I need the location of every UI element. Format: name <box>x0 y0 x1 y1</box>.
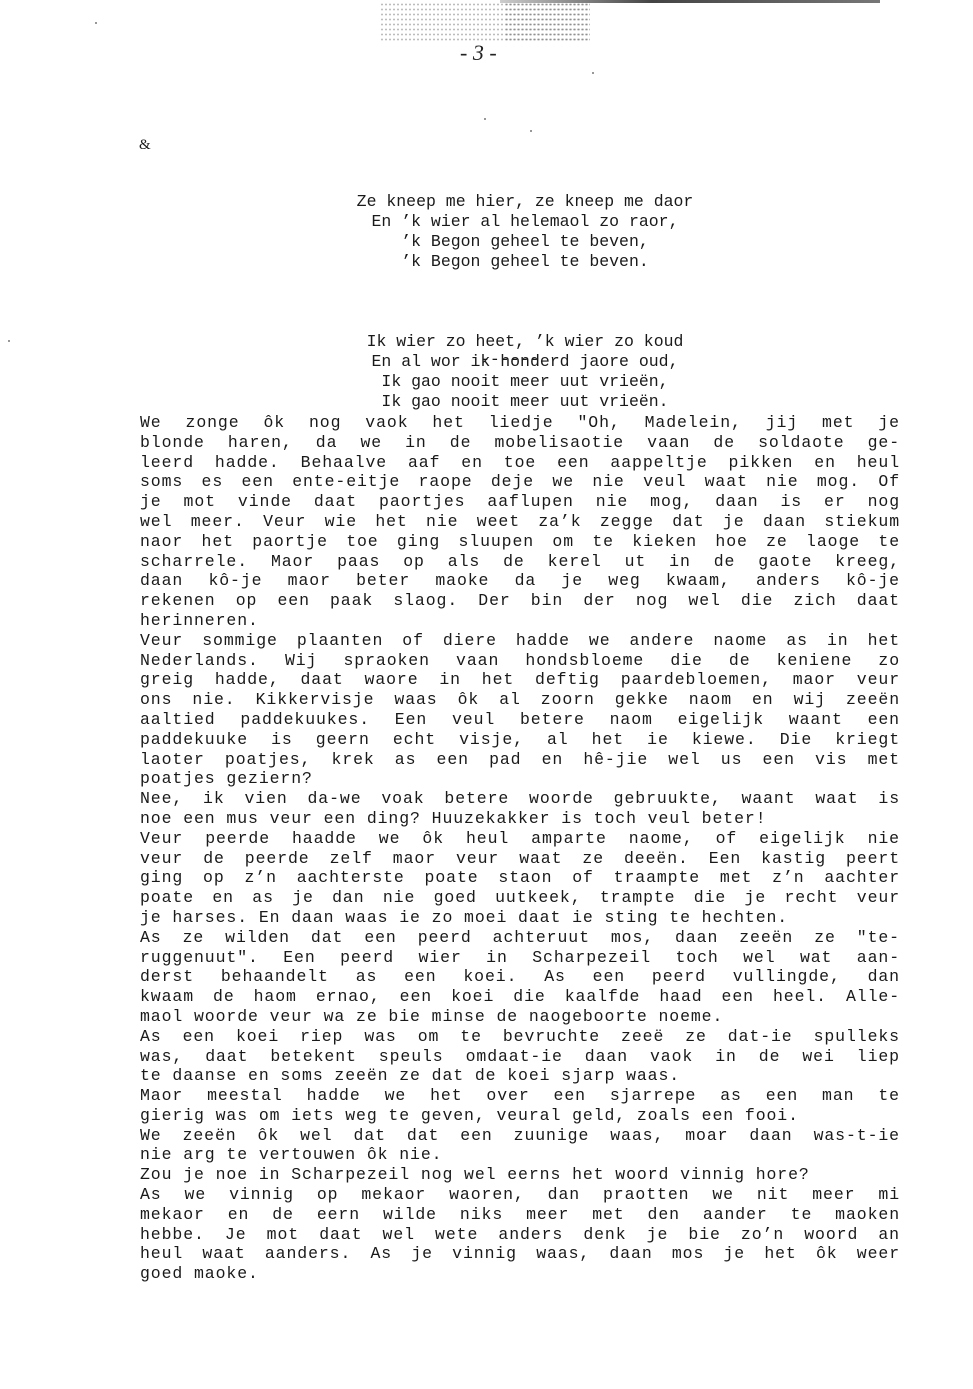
text-line: blonde haren, da we in de mobelisaotie v… <box>140 433 900 453</box>
text-line: derst behaandelt as een koei. As een pee… <box>140 967 900 987</box>
text-line: was, daat betekent speuls omdaat-ie daan… <box>140 1047 900 1067</box>
text-line: ons nie. Kikkervisje waas ôk al zoorn ge… <box>140 690 900 710</box>
text-line: goed maoke. <box>140 1264 900 1284</box>
poem-line: En ’k wier al helemaol zo raor, <box>260 212 790 232</box>
text-line: laoter poatjes, krek as een pad en hê-ji… <box>140 750 900 770</box>
margin-mark: & <box>139 137 151 154</box>
poem-stanza: Ik wier zo heet, ’k wier zo koudEn al wo… <box>260 332 790 412</box>
scan-speck <box>484 118 486 120</box>
text-line: je harses. En daan waas ie zo moei daat … <box>140 908 900 928</box>
text-line: ruggenuut". Een peerd wier in Scharpezei… <box>140 948 900 968</box>
text-line: herinneren. <box>140 611 900 631</box>
text-line: maol woorde veur wa ze bie minse de naog… <box>140 1007 900 1027</box>
text-line: Zou je noe in Scharpezeil nog wel eerns … <box>140 1165 900 1185</box>
text-line: heul waat aanders. As je vinnig waas, da… <box>140 1244 900 1264</box>
text-line: Veur peerde haadde we ôk heul amparte na… <box>140 829 900 849</box>
poem-line: Ik gao nooit meer uut vrieën. <box>260 392 790 412</box>
text-line: hebbe. Je mot daat wel wete anders denk … <box>140 1225 900 1245</box>
text-line: paddekuuke is geern echt visje, al het i… <box>140 730 900 750</box>
text-line: rekenen op een paak slaog. Der bin der n… <box>140 591 900 611</box>
section-divider: ------ <box>480 350 539 369</box>
poem-line: ’k Begon geheel te beven, <box>260 232 790 252</box>
text-line: As we vinnig op mekaor waoren, dan praot… <box>140 1185 900 1205</box>
text-line: te daanse en soms zeeën ze dat de koei s… <box>140 1066 900 1086</box>
text-line: We zonge ôk nog vaok het liedje "Oh, Mad… <box>140 413 900 433</box>
text-line: je mot vinde daat paortjes aaflupen nie … <box>140 492 900 512</box>
scan-speck <box>95 22 97 24</box>
text-line: aaltied paddekuukes. Een veul betere nao… <box>140 710 900 730</box>
text-line: kwaam de haom ernao, een koei die kaalfd… <box>140 987 900 1007</box>
text-line: nie arg te vertouwen ôk nie. <box>140 1145 900 1165</box>
text-line: gierig was om iets weg te geven, veural … <box>140 1106 900 1126</box>
scan-artifact <box>505 2 590 42</box>
text-line: ging op z’n aachterste poate staon of tr… <box>140 868 900 888</box>
text-line: Nee, ik vien da-we voak betere woorde ge… <box>140 789 900 809</box>
text-line: We zeeën ôk wel dat dat een zuunige waas… <box>140 1126 900 1146</box>
text-line: As een koei riep was om te bevruchte zee… <box>140 1027 900 1047</box>
text-line: mekaor en de eern wilde niks meer met de… <box>140 1205 900 1225</box>
poem-line: Ze kneep me hier, ze kneep me daor <box>260 192 790 212</box>
text-line: greig hadde, daat waore in het deftig pa… <box>140 670 900 690</box>
text-line: poate en as je dan nie goed uutkeek, tra… <box>140 888 900 908</box>
text-line: As ze wilden dat een peerd achteruut mos… <box>140 928 900 948</box>
text-line: poatjes geziern? <box>140 769 900 789</box>
scan-speck <box>592 72 594 74</box>
text-line: naor het paortje toe ging sluupen om te … <box>140 532 900 552</box>
poem-line: ’k Begon geheel te beven. <box>260 252 790 272</box>
text-line: Maor meestal hadde we het over een sjarr… <box>140 1086 900 1106</box>
text-line: Veur sommige plaanten of diere hadde we … <box>140 631 900 651</box>
body-text: We zonge ôk nog vaok het liedje "Oh, Mad… <box>140 413 900 1284</box>
scan-speck <box>8 340 10 342</box>
page-number: - 3 - <box>460 40 497 66</box>
text-line: Nederlands. Wij spraoken vaan hondsbloem… <box>140 651 900 671</box>
text-line: noe een mus veur een ding? Huuzekakker i… <box>140 809 900 829</box>
document-page: - 3 - & Ze kneep me hier, ze kneep me da… <box>0 0 973 1389</box>
text-line: daan kô-je maor beter maoke da je weg kw… <box>140 571 900 591</box>
poem-stanza: Ze kneep me hier, ze kneep me daorEn ’k … <box>260 192 790 272</box>
poem-line: Ik wier zo heet, ’k wier zo koud <box>260 332 790 352</box>
text-line: veur de peerde zelf maor veur waat ze de… <box>140 849 900 869</box>
text-line: soms es een ente-eitje raope deje we nie… <box>140 472 900 492</box>
text-line: wel meer. Veur wie het nie weet za’k zeg… <box>140 512 900 532</box>
poem-line: Ik gao nooit meer uut vrieën, <box>260 372 790 392</box>
scan-speck <box>530 130 532 132</box>
text-line: leerd hadde. Behaalve aaf en toe een aap… <box>140 453 900 473</box>
text-line: scharrele. Maor paas op als de kerel ut … <box>140 552 900 572</box>
